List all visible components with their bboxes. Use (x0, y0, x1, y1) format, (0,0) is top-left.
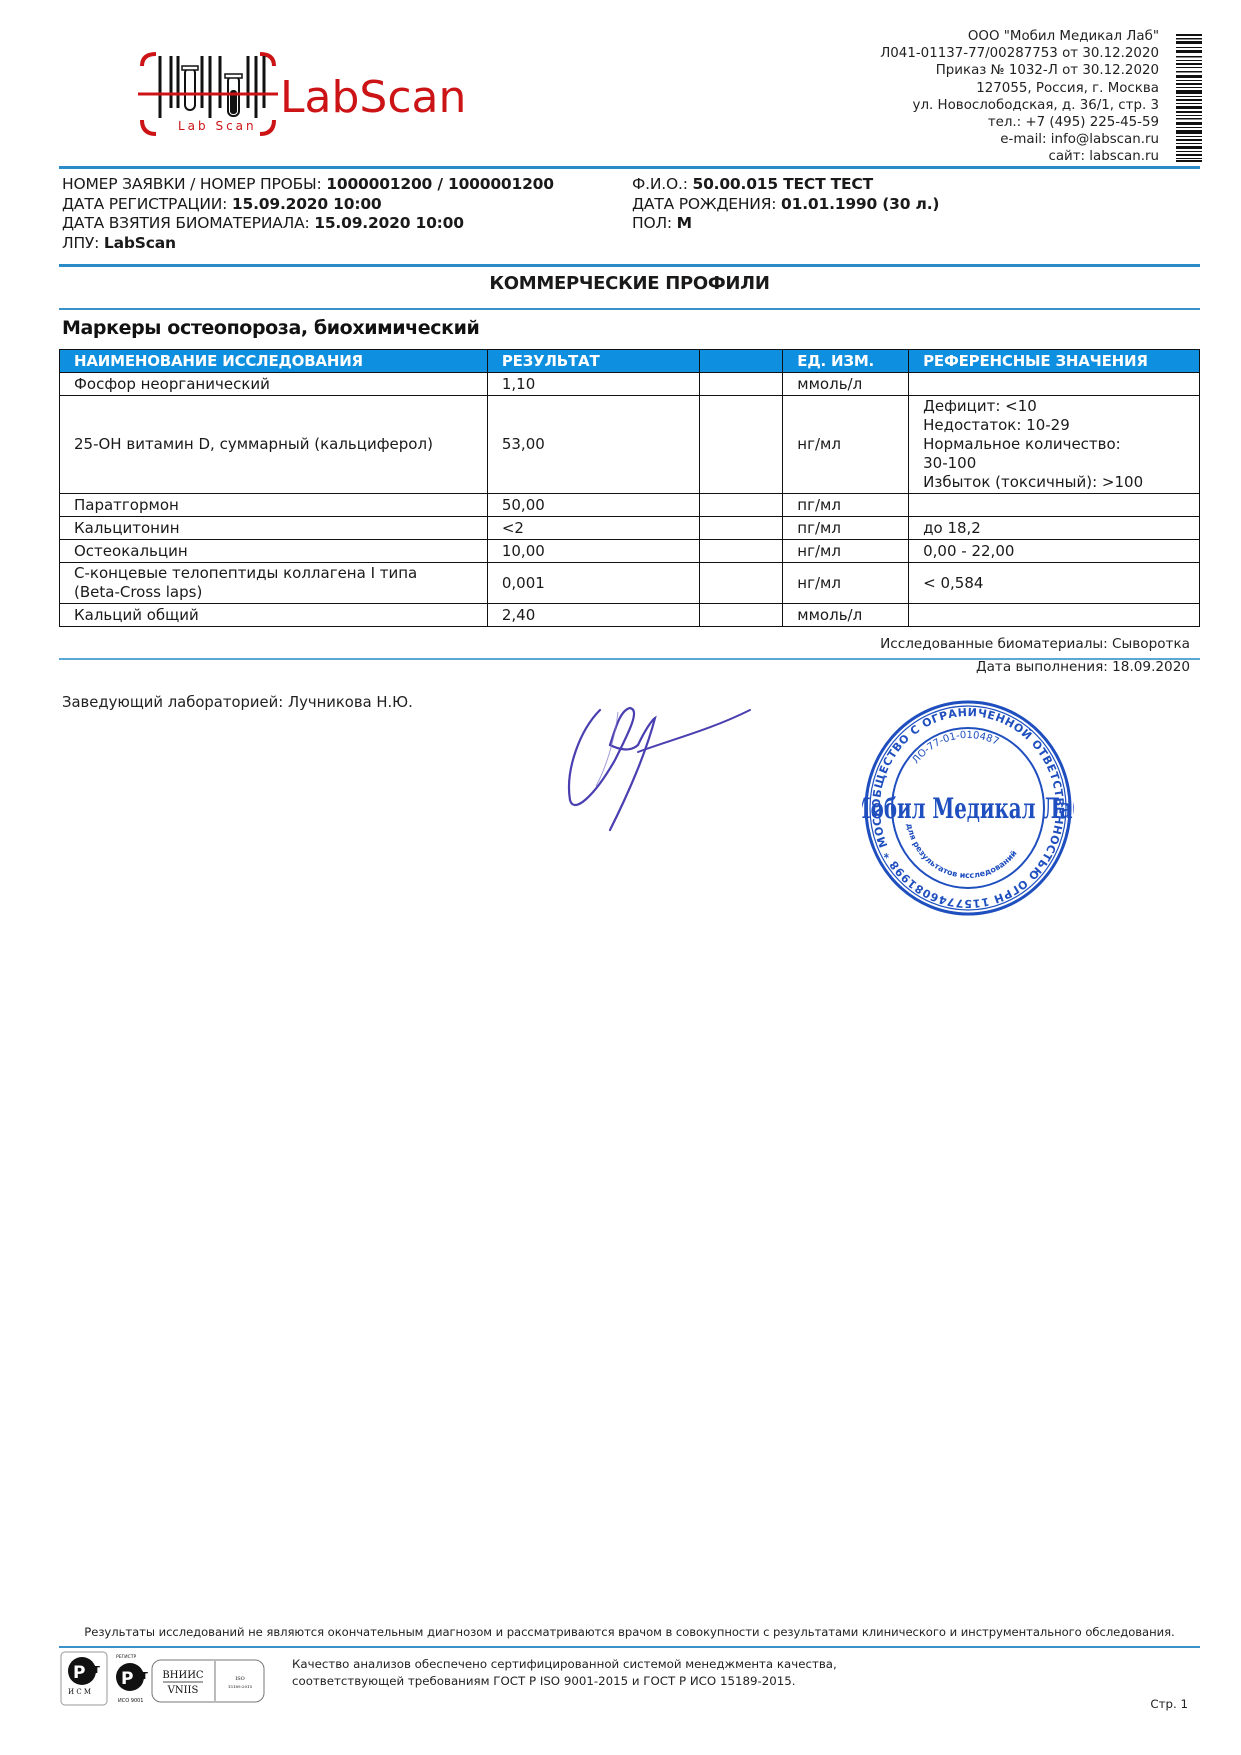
unit-cell: пг/мл (783, 494, 909, 517)
column-header-reference: РЕФЕРЕНСНЫЕ ЗНАЧЕНИЯ (909, 350, 1200, 373)
divider (59, 1646, 1200, 1648)
page-number: Стр. 1 (1150, 1697, 1188, 1711)
result-cell: 10,00 (487, 540, 699, 563)
result-cell: 0,001 (487, 563, 699, 604)
reference-cell (909, 494, 1200, 517)
biomaterial-info: Исследованные биоматериалы: Сыворотка (880, 636, 1190, 652)
reference-cell: 0,00 - 22,00 (909, 540, 1200, 563)
org-phone: тел.: +7 (495) 225-45-59 (880, 114, 1159, 131)
sex-value: М (677, 214, 692, 232)
patient-name-row: Ф.И.О.: 50.00.015 ТЕСТ ТЕСТ (632, 175, 939, 195)
certification-logos: P T И С М РЕГИСТР P T ИСО 9001 ВНИИС VNI… (60, 1651, 265, 1706)
unit-cell: нг/мл (783, 396, 909, 494)
test-name-cell: Кальций общий (60, 604, 488, 627)
result-cell: 50,00 (487, 494, 699, 517)
org-site: сайт: labscan.ru (880, 148, 1159, 165)
table-row: Фосфор неорганический1,10ммоль/л (60, 373, 1200, 396)
flag-cell (699, 604, 783, 627)
table-row: Паратгормон50,00пг/мл (60, 494, 1200, 517)
signature-icon (560, 690, 790, 835)
org-name: ООО "Мобил Медикал Лаб" (880, 28, 1159, 45)
svg-text:И С М: И С М (68, 1688, 91, 1696)
svg-text:T: T (93, 1665, 100, 1676)
completion-date: Дата выполнения: 18.09.2020 (976, 659, 1190, 675)
test-name-cell: 25-ОН витамин D, суммарный (кальциферол) (60, 396, 488, 494)
quality-statement: Качество анализов обеспечено сертифициро… (292, 1656, 837, 1690)
divider (59, 264, 1200, 267)
test-name-cell-line: Кальцитонин (74, 519, 473, 538)
unit-cell: пг/мл (783, 517, 909, 540)
organization-info: ООО "Мобил Медикал Лаб" Л041-01137-77/00… (880, 28, 1159, 166)
flag-cell (699, 563, 783, 604)
test-name-cell-line: Паратгормон (74, 496, 473, 515)
result-cell: 1,10 (487, 373, 699, 396)
barcode-logo-icon: Lab Scan LabScan (138, 32, 498, 152)
reference-cell-line: Дефицит: <10 (923, 397, 1185, 416)
reference-cell-line: 0,00 - 22,00 (923, 542, 1185, 561)
birth-date-row: ДАТА РОЖДЕНИЯ: 01.01.1990 (30 л.) (632, 195, 939, 215)
reference-cell-line: Нормальное количество: (923, 435, 1185, 454)
quality-line-1: Качество анализов обеспечено сертифициро… (292, 1656, 837, 1673)
patient-name-label: Ф.И.О.: (632, 175, 688, 193)
reference-cell-line: Избыток (токсичный): >100 (923, 473, 1185, 492)
sample-date-value: 15.09.2020 10:00 (314, 214, 464, 232)
svg-text:15189:2015: 15189:2015 (228, 1684, 253, 1689)
result-cell: 2,40 (487, 604, 699, 627)
test-name-cell-line: Фосфор неорганический (74, 375, 473, 394)
reference-cell (909, 373, 1200, 396)
patient-info: Ф.И.О.: 50.00.015 ТЕСТ ТЕСТ ДАТА РОЖДЕНИ… (632, 175, 939, 234)
lpu-row: ЛПУ: LabScan (62, 234, 554, 254)
results-table: НАИМЕНОВАНИЕ ИССЛЕДОВАНИЯ РЕЗУЛЬТАТ ЕД. … (59, 349, 1200, 627)
column-header-result: РЕЗУЛЬТАТ (487, 350, 699, 373)
test-name-cell-line: С-концевые телопептиды коллагена I типа (74, 564, 473, 583)
svg-text:ЛО-77-01-010487: ЛО-77-01-010487 (910, 730, 1000, 766)
registration-date-value: 15.09.2020 10:00 (232, 195, 382, 213)
svg-text:VNIIS: VNIIS (167, 1685, 199, 1696)
disclaimer: Результаты исследований не являются окон… (59, 1625, 1200, 1639)
birth-date-value: 01.01.1990 (30 л.) (781, 195, 939, 213)
org-license: Л041-01137-77/00287753 от 30.12.2020 (880, 45, 1159, 62)
head-of-lab: Заведующий лабораторией: Лучникова Н.Ю. (62, 694, 413, 711)
sex-label: ПОЛ: (632, 214, 672, 232)
unit-cell: ммоль/л (783, 604, 909, 627)
result-cell: 53,00 (487, 396, 699, 494)
sex-row: ПОЛ: М (632, 214, 939, 234)
table-row: С-концевые телопептиды коллагена I типа(… (60, 563, 1200, 604)
svg-text:P: P (73, 1663, 85, 1683)
unit-cell: нг/мл (783, 563, 909, 604)
rst-register-logo-icon: РЕГИСТР P T ИСО 9001 (116, 1654, 148, 1704)
sample-date-label: ДАТА ВЗЯТИЯ БИОМАТЕРИАЛА: (62, 214, 310, 232)
reference-cell (909, 604, 1200, 627)
sample-date-row: ДАТА ВЗЯТИЯ БИОМАТЕРИАЛА: 15.09.2020 10:… (62, 214, 554, 234)
lpu-label: ЛПУ: (62, 234, 99, 252)
test-name-cell: Фосфор неорганический (60, 373, 488, 396)
order-number-row: НОМЕР ЗАЯВКИ / НОМЕР ПРОБЫ: 1000001200 /… (62, 175, 554, 195)
svg-text:Lab Scan: Lab Scan (178, 119, 257, 133)
table-row: Кальцитонин<2пг/млдо 18,2 (60, 517, 1200, 540)
reference-cell-line: 30-100 (923, 454, 1185, 473)
table-header-row: НАИМЕНОВАНИЕ ИССЛЕДОВАНИЯ РЕЗУЛЬТАТ ЕД. … (60, 350, 1200, 373)
unit-cell: нг/мл (783, 540, 909, 563)
profile-title: Маркеры остеопороза, биохимический (62, 317, 479, 339)
table-row: Кальций общий2,40ммоль/л (60, 604, 1200, 627)
birth-date-label: ДАТА РОЖДЕНИЯ: (632, 195, 776, 213)
rst-ism-logo-icon: P T И С М (61, 1652, 107, 1705)
reference-cell-line: Недостаток: 10-29 (923, 416, 1185, 435)
lpu-value: LabScan (104, 234, 176, 252)
flag-cell (699, 373, 783, 396)
test-name-cell: С-концевые телопептиды коллагена I типа(… (60, 563, 488, 604)
test-name-cell-line: Кальций общий (74, 606, 473, 625)
column-header-unit: ЕД. ИЗМ. (783, 350, 909, 373)
divider (59, 166, 1200, 169)
registration-date-row: ДАТА РЕГИСТРАЦИИ: 15.09.2020 10:00 (62, 195, 554, 215)
reference-cell: Дефицит: <10Недостаток: 10-29Нормальное … (909, 396, 1200, 494)
stamp-icon: ОБЩЕСТВО С ОГРАНИЧЕННОЙ ОТВЕТСТВЕННОСТЬЮ… (862, 694, 1074, 922)
svg-text:«Мобил Медикал Лаб»: «Мобил Медикал Лаб» (862, 792, 1074, 826)
table-row: 25-ОН витамин D, суммарный (кальциферол)… (60, 396, 1200, 494)
patient-name-value: 50.00.015 ТЕСТ ТЕСТ (692, 175, 872, 193)
order-number-label: НОМЕР ЗАЯВКИ / НОМЕР ПРОБЫ: (62, 175, 322, 193)
result-cell: <2 (487, 517, 699, 540)
flag-cell (699, 396, 783, 494)
section-title: КОММЕРЧЕСКИЕ ПРОФИЛИ (59, 273, 1200, 294)
column-header-test-name: НАИМЕНОВАНИЕ ИССЛЕДОВАНИЯ (60, 350, 488, 373)
test-name-cell: Кальцитонин (60, 517, 488, 540)
org-city: 127055, Россия, г. Москва (880, 80, 1159, 97)
reference-cell: до 18,2 (909, 517, 1200, 540)
svg-text:ИСО 9001: ИСО 9001 (118, 1698, 143, 1704)
divider (59, 308, 1200, 310)
request-info: НОМЕР ЗАЯВКИ / НОМЕР ПРОБЫ: 1000001200 /… (62, 175, 554, 253)
labscan-logo: Lab Scan LabScan (138, 32, 498, 152)
flag-cell (699, 540, 783, 563)
flag-cell (699, 517, 783, 540)
table-row: Остеокальцин10,00нг/мл0,00 - 22,00 (60, 540, 1200, 563)
test-name-cell: Паратгормон (60, 494, 488, 517)
barcode-icon (1176, 34, 1202, 162)
test-name-cell-line: 25-ОН витамин D, суммарный (кальциферол) (74, 435, 473, 454)
org-street: ул. Новослободская, д. 36/1, стр. 3 (880, 97, 1159, 114)
svg-text:ВНИИС: ВНИИС (162, 1670, 204, 1681)
org-order: Приказ № 1032-Л от 30.12.2020 (880, 62, 1159, 79)
flag-cell (699, 494, 783, 517)
svg-text:LabScan: LabScan (280, 72, 466, 123)
order-number-value: 1000001200 / 1000001200 (326, 175, 554, 193)
reference-cell-line: до 18,2 (923, 519, 1185, 538)
registration-date-label: ДАТА РЕГИСТРАЦИИ: (62, 195, 227, 213)
svg-text:P: P (121, 1669, 133, 1689)
svg-text:T: T (141, 1671, 148, 1682)
vniis-logo-icon: ВНИИС VNIIS ISO 15189:2015 (152, 1660, 264, 1702)
column-header-flag (699, 350, 783, 373)
unit-cell: ммоль/л (783, 373, 909, 396)
test-name-cell: Остеокальцин (60, 540, 488, 563)
test-name-cell-line: Остеокальцин (74, 542, 473, 561)
test-name-cell-line: (Beta-Cross laps) (74, 583, 473, 602)
svg-text:РЕГИСТР: РЕГИСТР (116, 1654, 137, 1660)
reference-cell: < 0,584 (909, 563, 1200, 604)
org-email: e-mail: info@labscan.ru (880, 131, 1159, 148)
quality-line-2: соответствующей требованиям ГОСТ Р ISO 9… (292, 1673, 837, 1690)
svg-text:ISO: ISO (235, 1676, 245, 1682)
reference-cell-line: < 0,584 (923, 574, 1185, 593)
